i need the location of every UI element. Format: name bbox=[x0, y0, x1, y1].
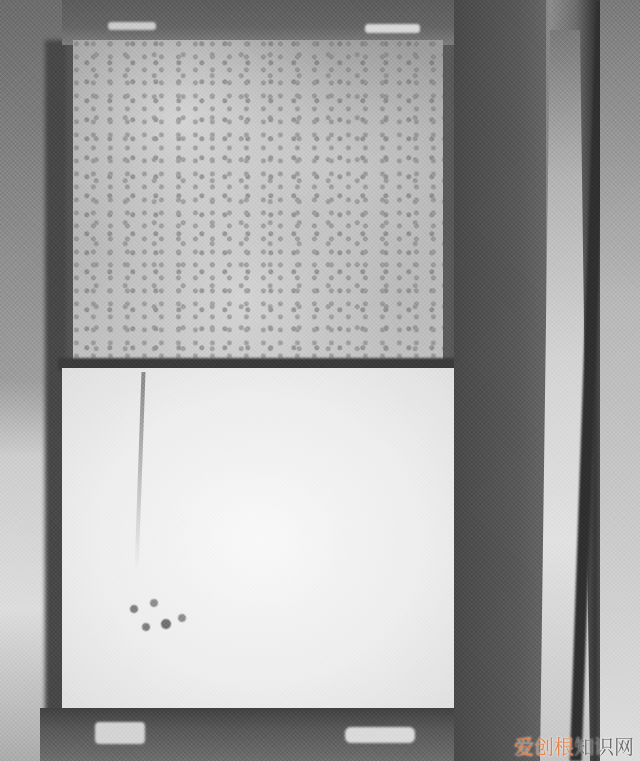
photo-scene: 爱创根知识网 bbox=[0, 0, 640, 761]
watermark-brand: 爱创根 bbox=[514, 735, 574, 759]
watermark-suffix: 知识网 bbox=[574, 735, 634, 759]
halftone-texture bbox=[0, 0, 640, 761]
watermark: 爱创根知识网 bbox=[514, 737, 634, 757]
